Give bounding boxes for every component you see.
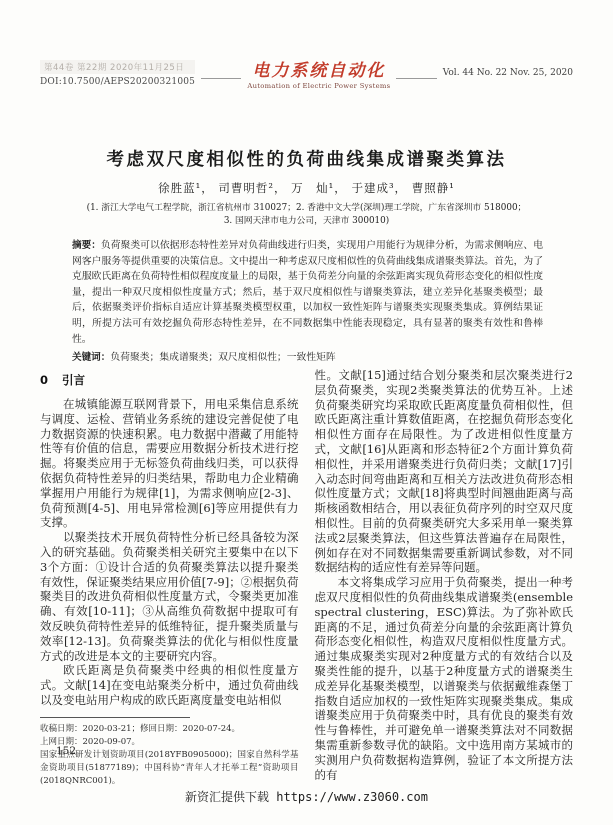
left-paragraph-2: 以聚类技术开展负荷特性分析已经具备较为深入的研究基础。负荷聚类相关研究主要集中在…	[40, 530, 299, 663]
right-paragraph-1: 性。文献[15]通过结合划分聚类和层次聚类进行2层负荷聚类，实现2类聚类算法的优…	[315, 368, 574, 575]
left-column: 0引言 在城镇能源互联网背景下，用电采集信息系统与调度、运检、营销业务系统的建设…	[40, 368, 299, 788]
download-watermark: 新资汇提供下载 https://www.z3060.com	[0, 788, 613, 805]
keywords: 关键词：负荷聚类；集成谱聚类；双尺度相似性；一致性矩阵	[72, 350, 543, 366]
footnote-block: 收稿日期：2020-03-21；修回日期：2020-07-24。 上网日期：20…	[40, 717, 299, 788]
header-rule-left	[201, 78, 241, 79]
abstract: 摘要：负荷聚类可以依据形态特性差异对负荷曲线进行归类，实现用户用能行为规律分析，…	[72, 238, 543, 347]
journal-masthead: 电力系统自动化 Automation of Electric Power Sys…	[247, 56, 390, 90]
keywords-text: 负荷聚类；集成谱聚类；双尺度相似性；一致性矩阵	[110, 352, 335, 363]
volume-info-en: Vol. 44 No. 22 Nov. 25, 2020	[443, 68, 573, 78]
abstract-label: 摘要：	[72, 240, 101, 251]
header-left-block: 第44卷 第22期 2020年11月25日 DOI:10.7500/AEPS20…	[40, 60, 195, 87]
page-number: 152	[56, 745, 76, 757]
keywords-label: 关键词：	[72, 352, 110, 363]
section-title: 引言	[62, 373, 85, 387]
affiliation-line-2: 3. 国网天津市电力公司，天津市 300010)	[0, 215, 613, 228]
affiliations: (1. 浙江大学电气工程学院，浙江省杭州市 310027；2. 香港中文大学(深…	[0, 202, 613, 228]
authors-line: 徐胜蓝¹， 司曹明哲²， 万 灿¹， 于建成³， 曹照静¹	[0, 180, 613, 196]
journal-title-cn: 电力系统自动化	[252, 56, 385, 81]
right-column: 性。文献[15]通过结合划分聚类和层次聚类进行2层负荷聚类，实现2类聚类算法的优…	[315, 368, 574, 788]
abstract-text: 负荷聚类可以依据形态特性差异对负荷曲线进行归类，实现用户用能行为规律分析，为需求…	[72, 240, 543, 345]
footnote-online-date: 上网日期：2020-09-07。	[40, 736, 299, 749]
left-paragraph-3: 欧氏距离是负荷聚类中经典的相似性度量方式。文献[14]在变电站聚类分析中，通过负…	[40, 663, 299, 707]
abstract-block: 摘要：负荷聚类可以依据形态特性差异对负荷曲线进行归类，实现用户用能行为规律分析，…	[72, 238, 543, 366]
journal-header: 第44卷 第22期 2020年11月25日 DOI:10.7500/AEPS20…	[40, 56, 573, 90]
footnote-funding: 国家重点研发计划资助项目(2018YFB0905000)；国家自然科学基金资助项…	[40, 749, 299, 788]
section-0-heading: 0引言	[40, 372, 299, 388]
right-paragraph-2: 本文将集成学习应用于负荷聚类，提出一种考虑双尺度相似性的负荷曲线集成谱聚类(en…	[315, 575, 574, 782]
journal-title-en: Automation of Electric Power Systems	[247, 82, 390, 90]
affiliation-line-1: (1. 浙江大学电气工程学院，浙江省杭州市 310027；2. 香港中文大学(深…	[0, 202, 613, 215]
left-paragraph-1: 在城镇能源互联网背景下，用电采集信息系统与调度、运检、营销业务系统的建设完善促使…	[40, 397, 299, 530]
section-number: 0	[40, 373, 48, 387]
footnote-received-date: 收稿日期：2020-03-21；修回日期：2020-07-24。	[40, 723, 299, 736]
doi-text: DOI:10.7500/AEPS20200321005	[40, 77, 195, 87]
paper-page: 第44卷 第22期 2020年11月25日 DOI:10.7500/AEPS20…	[0, 0, 613, 825]
footnote-separator	[40, 717, 190, 718]
article-title: 考虑双尺度相似性的负荷曲线集成谱聚类算法	[0, 146, 613, 171]
volume-issue-date-cn: 第44卷 第22期 2020年11月25日	[40, 60, 195, 74]
header-rule-right	[396, 78, 436, 79]
body-columns: 0引言 在城镇能源互联网背景下，用电采集信息系统与调度、运检、营销业务系统的建设…	[40, 368, 573, 788]
